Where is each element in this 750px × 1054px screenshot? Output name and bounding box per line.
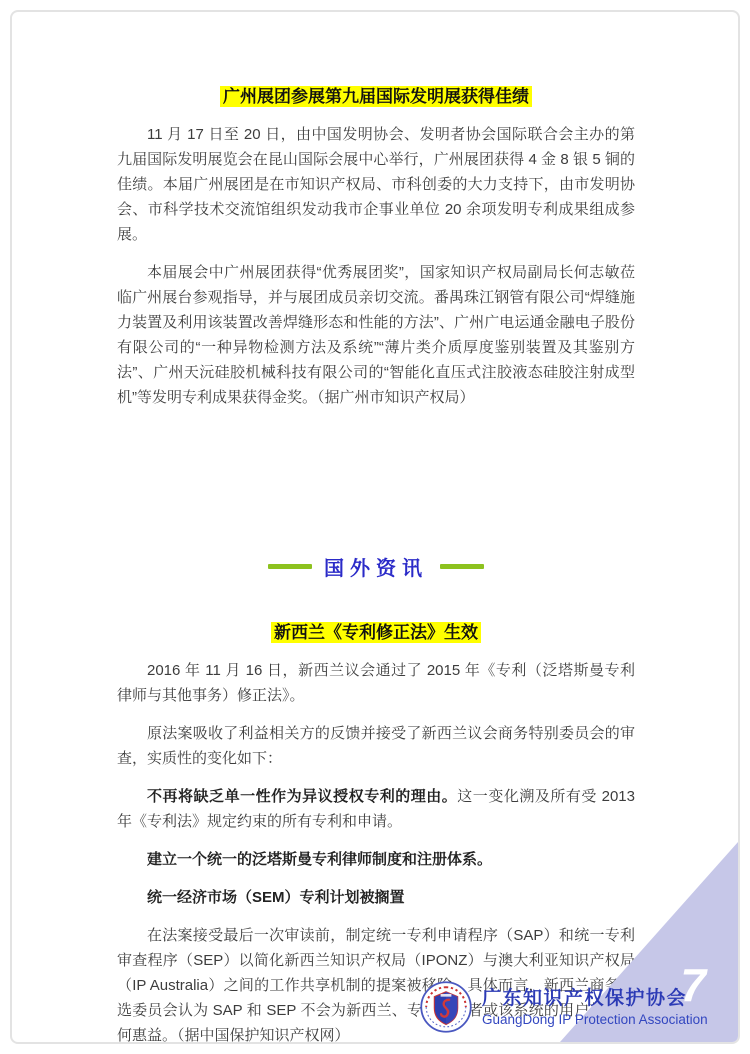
- section-dash-left-icon: [268, 564, 312, 569]
- article2-paragraph-3: 不再将缺乏单一性作为异议授权专利的理由。这一变化溯及所有受 2013 年《专利法…: [117, 784, 635, 834]
- article2-paragraph-1: 2016 年 11 月 16 日，新西兰议会通过了 2015 年《专利（泛塔斯曼…: [117, 658, 635, 708]
- section-title: 国外资讯: [324, 552, 428, 581]
- article1-title: 广州展团参展第九届国际发明展获得佳绩: [220, 86, 532, 107]
- section-dash-right-icon: [440, 564, 484, 569]
- article1-paragraph-1: 11 月 17 日至 20 日，由中国发明协会、发明者协会国际联合会主办的第九届…: [117, 122, 635, 247]
- article2-title: 新西兰《专利修正法》生效: [271, 622, 481, 643]
- section-header-foreign-news: 国外资讯: [117, 552, 635, 581]
- document-page: 广州展团参展第九届国际发明展获得佳绩 11 月 17 日至 20 日，由中国发明…: [10, 10, 740, 1044]
- page-content: 广州展团参展第九届国际发明展获得佳绩 11 月 17 日至 20 日，由中国发明…: [117, 12, 635, 1044]
- footer-brand-text: 广东知识产权保护协会 GuangDong IP Protection Assoc…: [482, 987, 708, 1028]
- association-name-cn: 广东知识产权保护协会: [482, 987, 708, 1011]
- association-logo-icon: [419, 980, 473, 1034]
- article2-paragraph-3-lead: 不再将缺乏单一性作为异议授权专利的理由。: [147, 788, 457, 805]
- article2-heading: 新西兰《专利修正法》生效: [117, 621, 635, 645]
- article1-heading: 广州展团参展第九届国际发明展获得佳绩: [117, 85, 635, 109]
- article1-paragraph-2: 本届展会中广州展团获得“优秀展团奖”，国家知识产权局副局长何志敏莅临广州展台参观…: [117, 260, 635, 410]
- association-name-en: GuangDong IP Protection Association: [482, 1011, 708, 1028]
- article2-paragraph-2: 原法案吸收了利益相关方的反馈并接受了新西兰议会商务特别委员会的审查，实质性的变化…: [117, 721, 635, 771]
- footer-brand: 广东知识产权保护协会 GuangDong IP Protection Assoc…: [419, 978, 708, 1036]
- article2-paragraph-5: 统一经济市场（SEM）专利计划被搁置: [117, 885, 635, 910]
- article2-paragraph-4: 建立一个统一的泛塔斯曼专利律师制度和注册体系。: [117, 847, 635, 872]
